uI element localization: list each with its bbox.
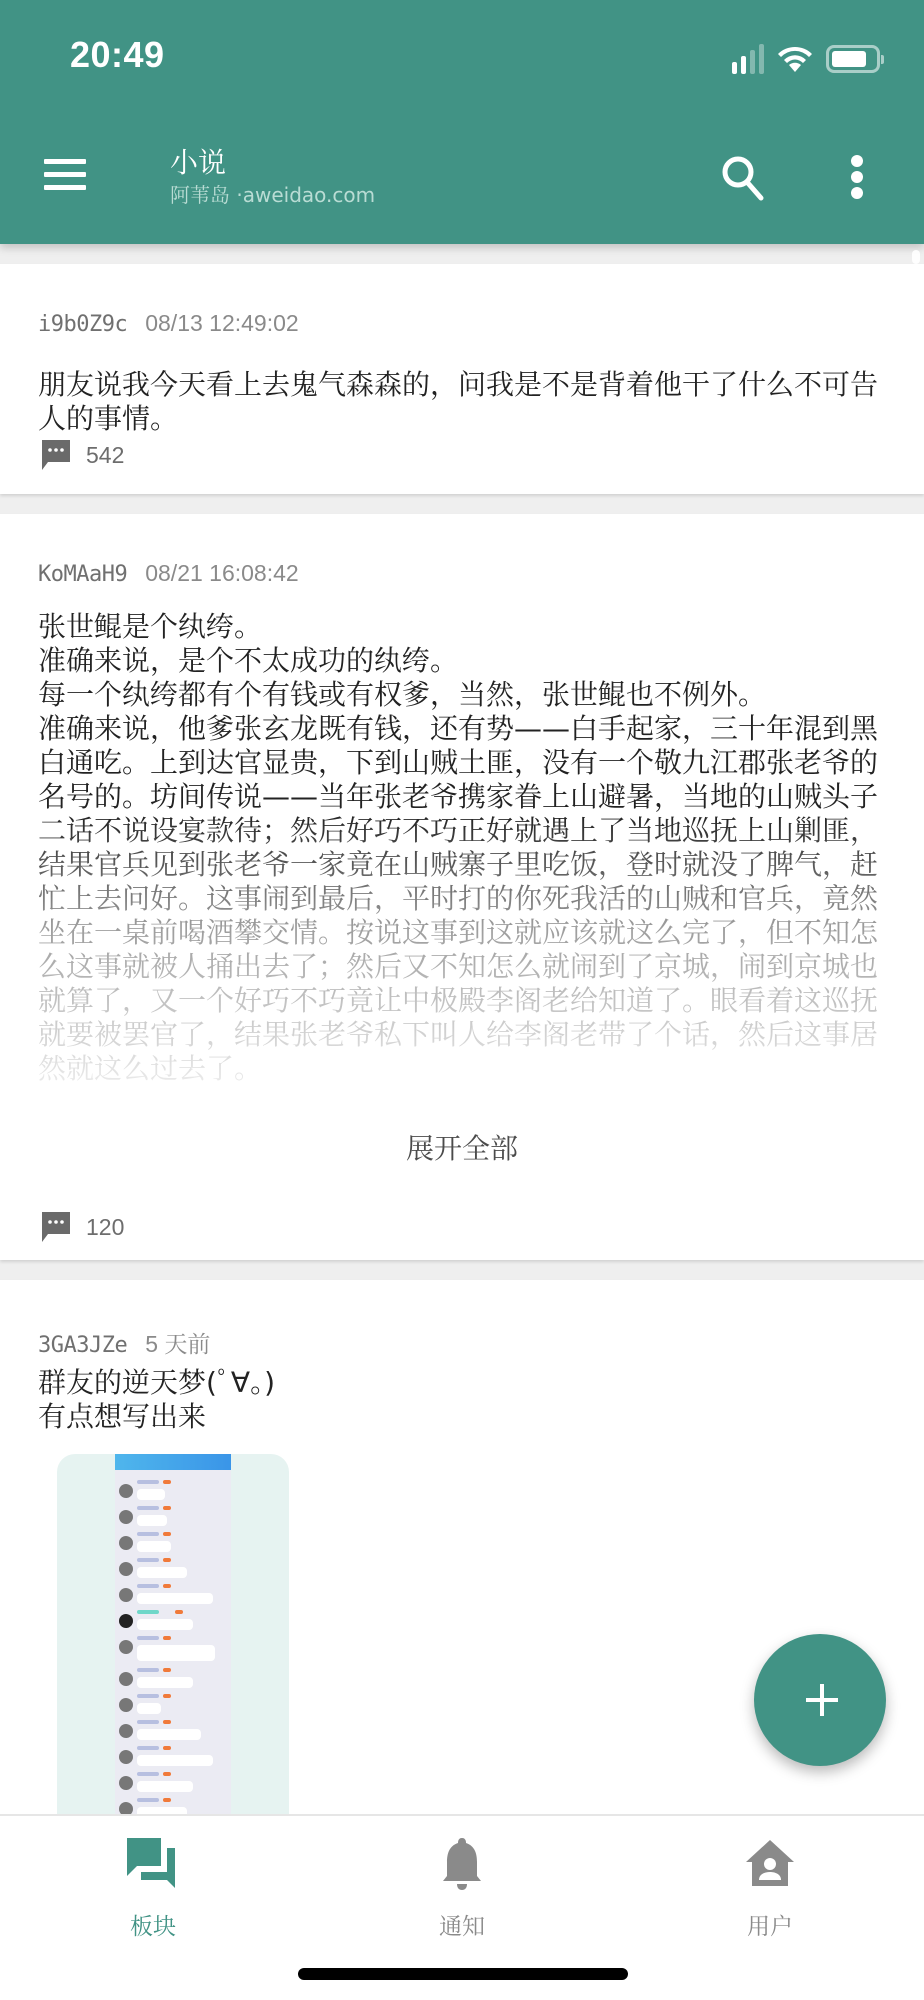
battery-icon <box>826 45 880 73</box>
post-text-line: 准确来说，是个不太成功的纨绔。 <box>38 644 888 678</box>
search-button[interactable] <box>718 152 768 202</box>
scrollbar[interactable] <box>912 250 920 264</box>
bell-icon <box>432 1834 492 1894</box>
post-text-line: 张世鲲是个纨绔。 <box>38 610 888 644</box>
nav-label: 用户 <box>690 1908 850 1941</box>
app-bar: 20:49 小说 阿苇岛 ·aweidao.com <box>0 0 924 244</box>
reply-count: 120 <box>86 1214 124 1241</box>
post-text-line: 朋友说我今天看上去鬼气森森的，问我是不是背着他干了什么不可告人的事情。 <box>38 368 888 436</box>
post-author-id[interactable]: 3GA3JZe <box>38 1333 127 1358</box>
wifi-icon <box>776 44 814 74</box>
post-meta: 3GA3JZe 5 天前 <box>38 1326 210 1359</box>
comment-icon <box>40 1210 72 1244</box>
post-text-line: 有点想写出来 <box>38 1400 888 1434</box>
forum-icon <box>123 1834 183 1894</box>
nav-tab-user[interactable]: 用户 <box>690 1834 850 1941</box>
search-icon <box>718 152 768 202</box>
reply-count-button[interactable]: 542 <box>40 438 124 472</box>
post-time: 08/13 12:49:02 <box>145 310 298 337</box>
home-indicator[interactable] <box>298 1968 628 1980</box>
post-text-line: 群友的逆天梦(ﾟ∀。) <box>38 1366 888 1400</box>
app-screen: 20:49 小说 阿苇岛 ·aweidao.com <box>0 0 924 2000</box>
new-post-button[interactable] <box>754 1634 886 1766</box>
post-meta: i9b0Z9c 08/13 12:49:02 <box>38 310 299 337</box>
reply-count: 542 <box>86 442 124 469</box>
post-text-line: 准确来说，他爹张玄龙既有钱，还有势——白手起家，三十年混到黑白通吃。上到达官显贵… <box>38 712 888 1086</box>
post-text-line: 从此张老爷威名远扬。 <box>38 1086 888 1088</box>
signal-icon <box>732 44 764 74</box>
post-content: 朋友说我今天看上去鬼气森森的，问我是不是背着他干了什么不可告人的事情。 <box>38 368 888 436</box>
nav-tab-boards[interactable]: 板块 <box>73 1834 233 1941</box>
hamburger-menu-icon <box>44 159 86 164</box>
post-meta: KoMAaH9 08/21 16:08:42 <box>38 560 299 587</box>
post-content: 张世鲲是个纨绔。 准确来说，是个不太成功的纨绔。 每一个纨绔都有个有钱或有权爹，… <box>38 610 888 1088</box>
post-author-id[interactable]: i9b0Z9c <box>38 312 127 337</box>
nav-tab-notifications[interactable]: 通知 <box>382 1834 542 1941</box>
post-time: 08/21 16:08:42 <box>145 560 298 587</box>
post-image-thumbnail[interactable] <box>57 1454 289 1814</box>
menu-button[interactable] <box>40 155 88 195</box>
reply-count-button[interactable]: 120 <box>40 1210 124 1244</box>
more-options-button[interactable] <box>845 155 869 199</box>
page-title: 小说 <box>170 146 375 180</box>
chat-screenshot <box>115 1454 231 1814</box>
post-time: 5 天前 <box>145 1326 210 1359</box>
expand-all-button[interactable]: 展开全部 <box>0 1127 924 1167</box>
nav-label: 板块 <box>73 1908 233 1941</box>
post-card[interactable]: i9b0Z9c 08/13 12:49:02 朋友说我今天看上去鬼气森森的，问我… <box>0 264 924 494</box>
comment-icon <box>40 438 72 472</box>
page-subtitle: 阿苇岛 ·aweidao.com <box>170 182 375 208</box>
post-text-line: 每一个纨绔都有个有钱或有权爹，当然，张世鲲也不例外。 <box>38 678 888 712</box>
post-feed[interactable]: i9b0Z9c 08/13 12:49:02 朋友说我今天看上去鬼气森森的，问我… <box>0 244 924 1814</box>
title-area: 小说 阿苇岛 ·aweidao.com <box>170 146 375 208</box>
post-content: 群友的逆天梦(ﾟ∀。) 有点想写出来 <box>38 1366 888 1434</box>
post-card[interactable]: KoMAaH9 08/21 16:08:42 张世鲲是个纨绔。 准确来说，是个不… <box>0 514 924 1260</box>
account-box-icon <box>740 1834 800 1894</box>
status-icons <box>732 44 880 74</box>
more-vert-icon <box>851 155 863 167</box>
post-author-id[interactable]: KoMAaH9 <box>38 562 127 587</box>
nav-label: 通知 <box>382 1908 542 1941</box>
status-time: 20:49 <box>70 34 165 76</box>
